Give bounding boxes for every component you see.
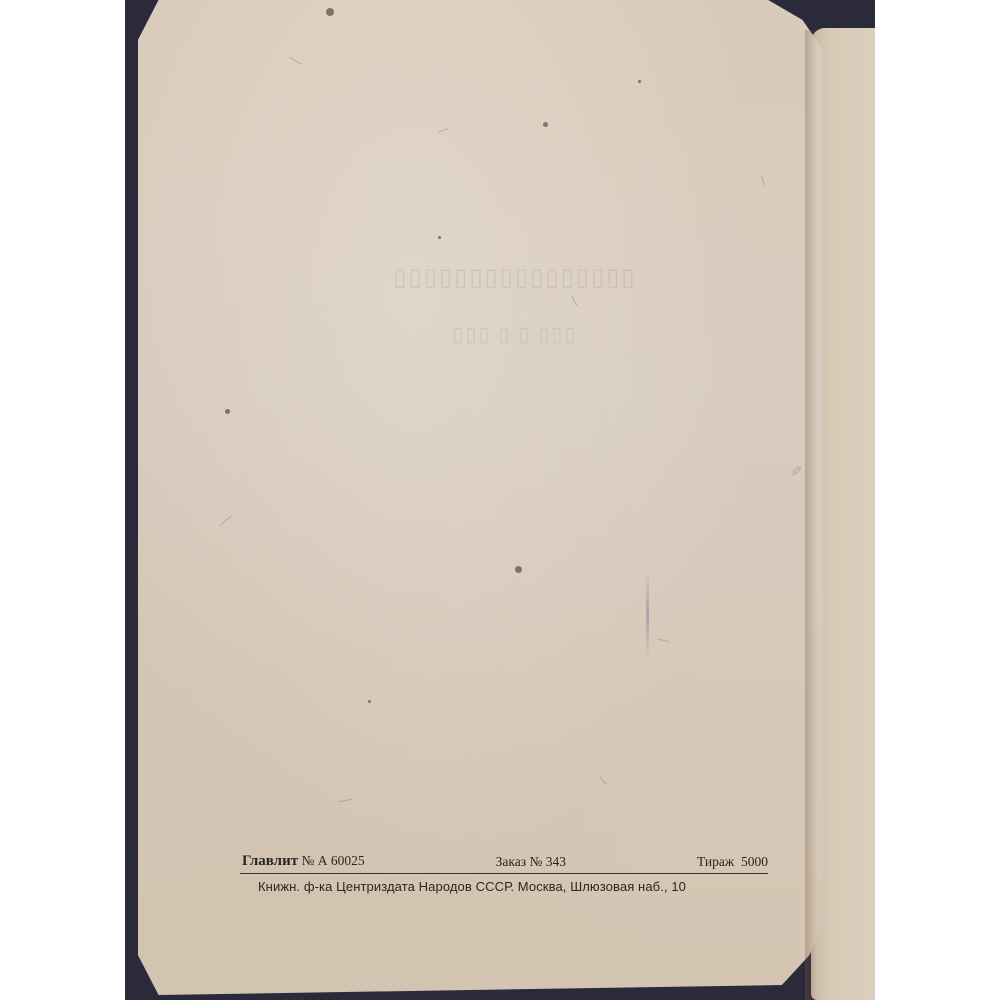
show-through-title: ▯▯▯▯▯▯▯▯▯▯▯▯▯▯▯▯ [233,262,793,292]
glavlit-number: Главлит № А 60025 [242,853,365,870]
order-value: № 343 [529,854,566,869]
order-label: Заказ [496,854,526,869]
order-number: Заказ № 343 [496,854,566,870]
gutter-shadow [805,30,817,1000]
book-page: ▯▯▯▯▯▯▯▯▯▯▯▯▯▯▯▯ ▯▯▯ ▯ ▯ ▯▯▯ ✎ Главлит №… [138,0,823,995]
print-run-value: 5000 [741,854,768,869]
glavlit-value: № А 60025 [301,853,364,868]
show-through-subtitle: ▯▯▯ ▯ ▯ ▯▯▯ [233,322,793,347]
paper-fiber [599,776,606,784]
paper-speck [543,122,548,127]
paper-speck [225,409,230,414]
imprint-row-top: Главлит № А 60025 Заказ № 343 Тираж 5000 [240,853,768,873]
paper-fiber [289,57,302,65]
pencil-stroke [646,570,649,660]
paper-fiber [220,515,233,526]
paper-speck [438,236,441,239]
paper-fiber [658,638,670,642]
paper-speck [368,700,371,703]
paper-fiber [761,176,765,186]
handwritten-mark: ✎ [753,465,803,495]
paper-speck [326,8,334,16]
paper-speck [638,80,641,83]
paper-speck [515,566,522,573]
colophon-imprint: Главлит № А 60025 Заказ № 343 Тираж 5000… [240,853,768,894]
glavlit-label: Главлит [242,853,298,869]
paper-fiber [438,128,448,132]
photo-frame: ▯▯▯▯▯▯▯▯▯▯▯▯▯▯▯▯ ▯▯▯ ▯ ▯ ▯▯▯ ✎ Главлит №… [125,0,875,1000]
print-run-label: Тираж [697,854,734,869]
paper-fiber [338,799,352,802]
paper-fiber [571,295,578,306]
printer-address: Книжн. ф-ка Центриздата Народов СССР. Мо… [240,874,768,894]
print-run: Тираж 5000 [697,854,768,870]
